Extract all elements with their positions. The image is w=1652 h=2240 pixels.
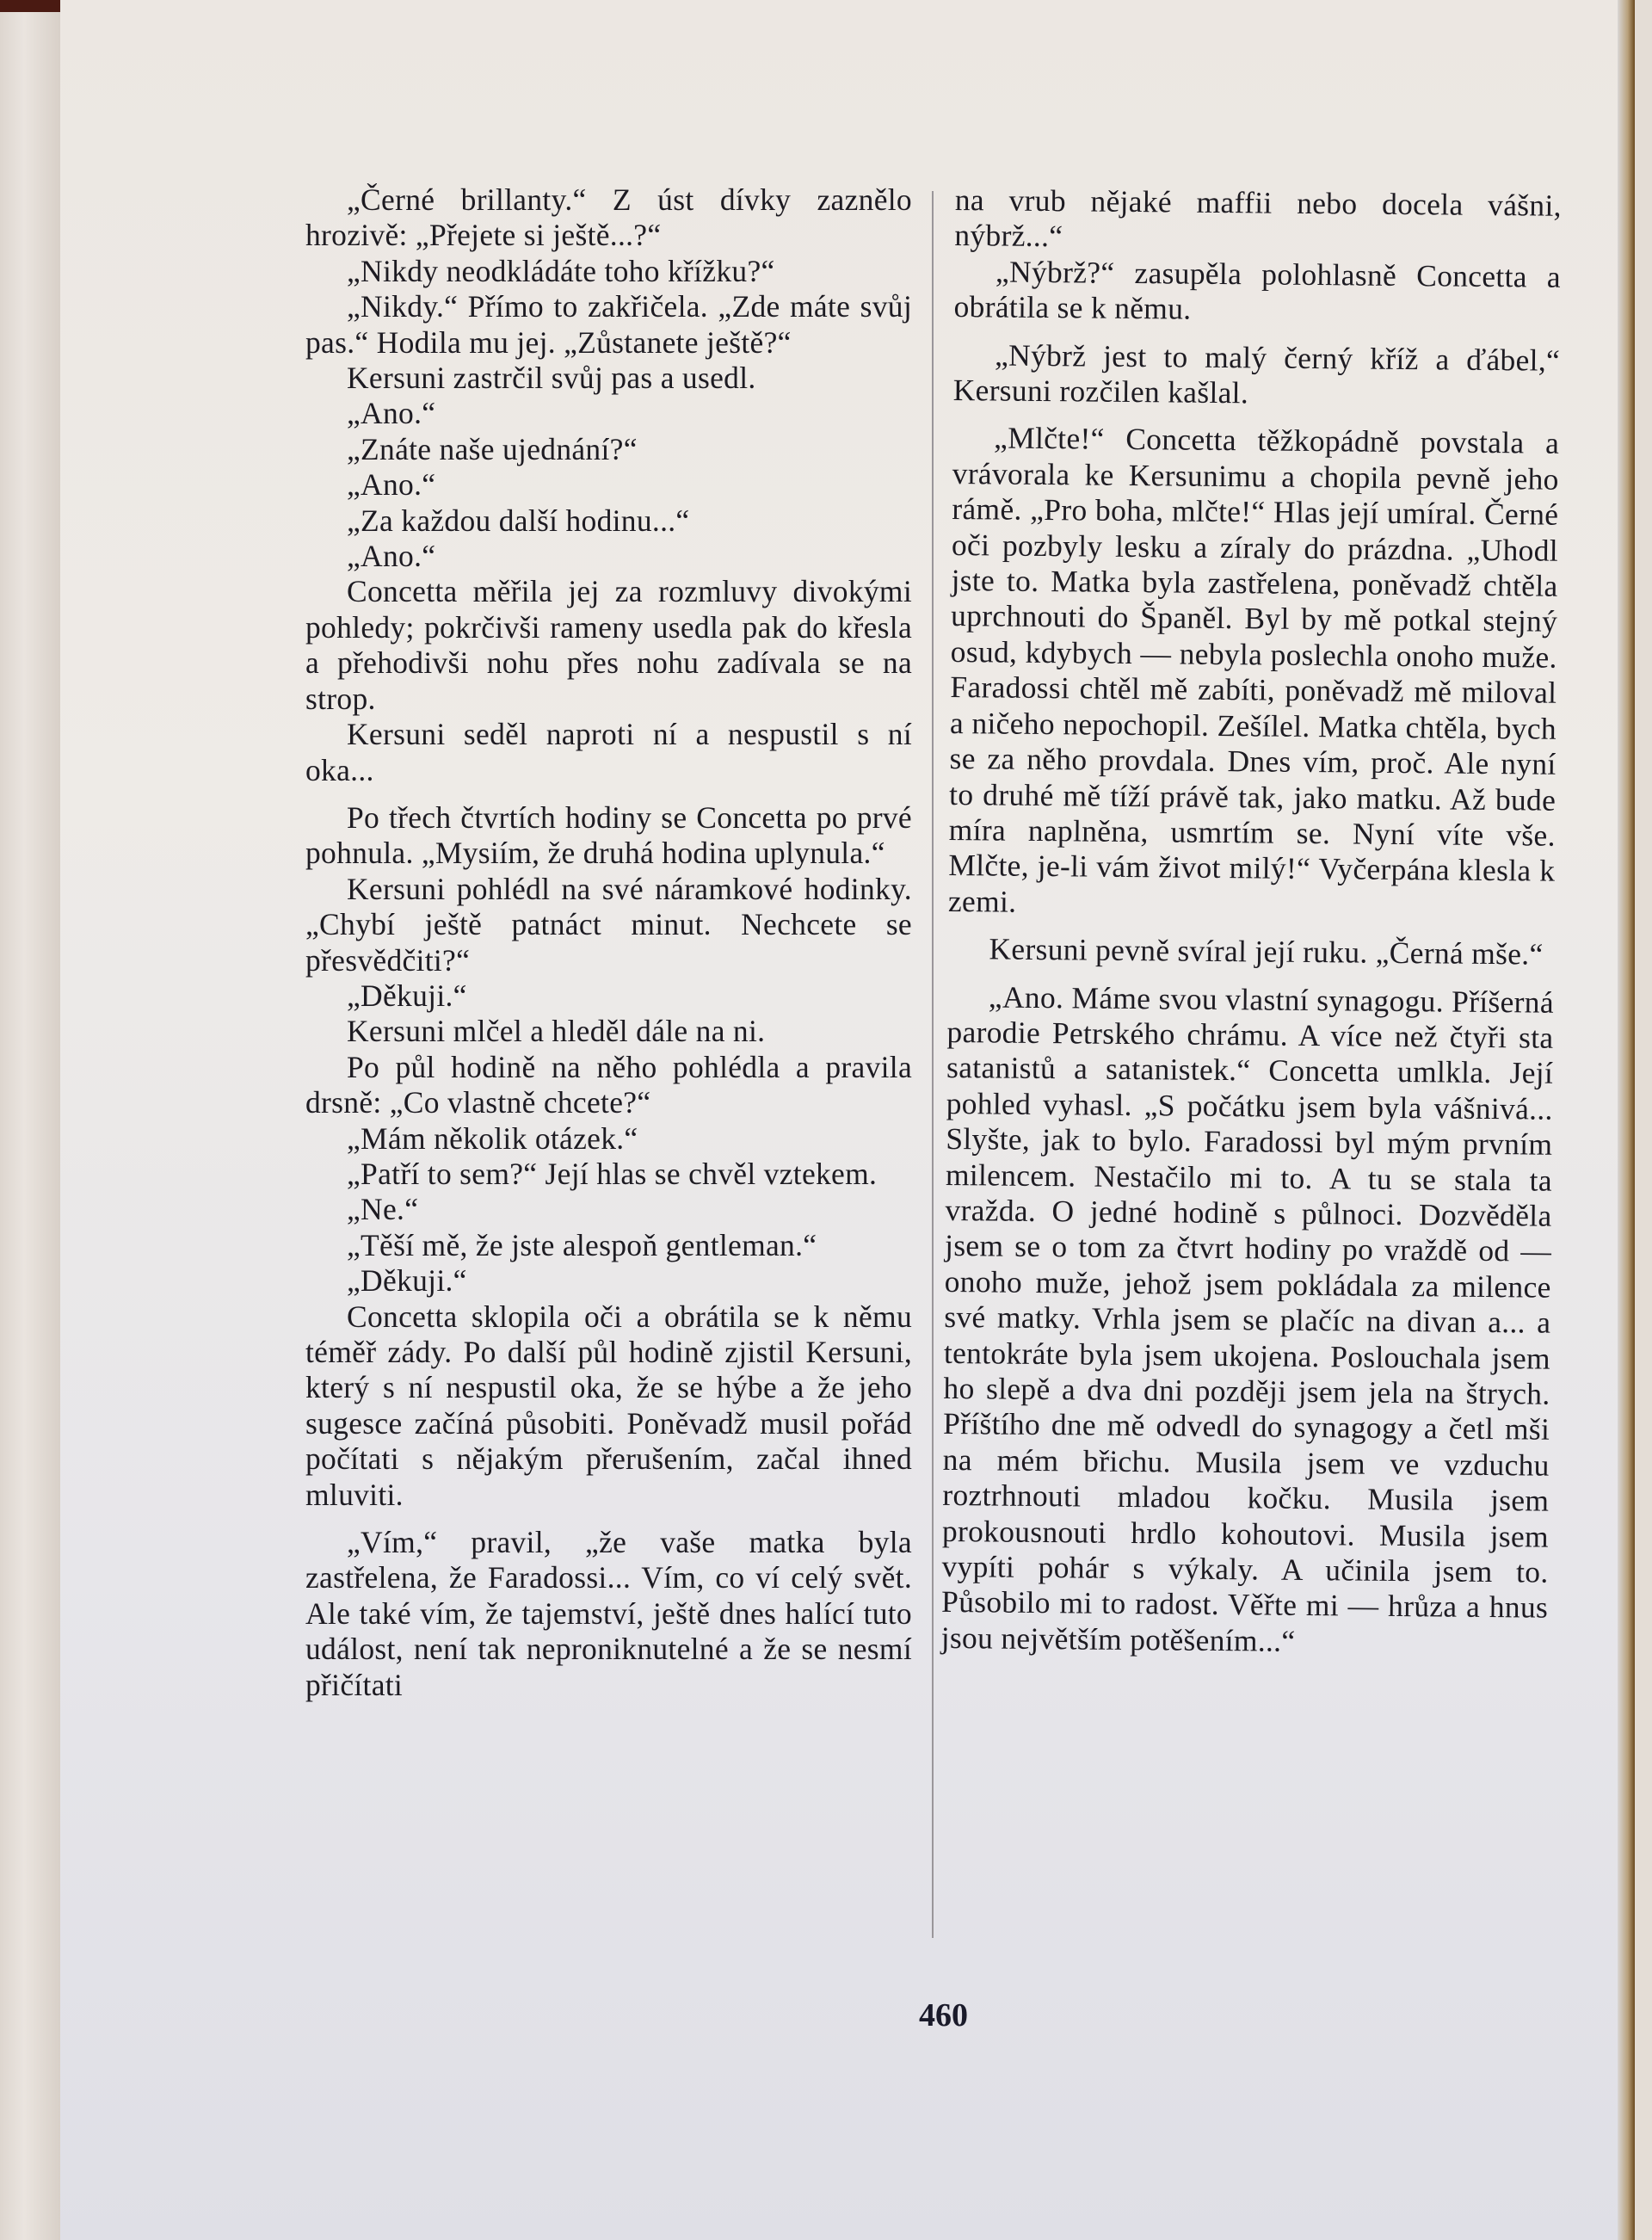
page-number: 460 xyxy=(919,1996,968,2034)
paragraph: „Znáte naše ujednání?“ xyxy=(305,432,912,467)
page-edge-shadow xyxy=(1618,0,1635,2240)
cover-corner xyxy=(0,0,60,12)
paragraph: „Mlčte!“ Concetta těžkopádně povstala a … xyxy=(948,420,1560,924)
paragraph: Concetta měřila jej za rozmluvy divokými… xyxy=(305,574,912,717)
right-text-column: na vrub nějaké maffii nebo docela vášni,… xyxy=(941,182,1562,1662)
paragraph: „Ano.“ xyxy=(305,539,912,574)
paragraph: „Vím,“ pravil, „že vaše matka byla zastř… xyxy=(305,1525,912,1703)
paragraph: „Ne.“ xyxy=(305,1192,912,1227)
paragraph: „Nikdy neodkládáte toho křížku?“ xyxy=(305,254,912,289)
column-divider xyxy=(932,191,934,1938)
book-cover-edge xyxy=(0,0,60,2240)
paragraph: Kersuni mlčel a hleděl dále na ni. xyxy=(305,1014,912,1049)
paragraph: Po půl hodině na něho pohlédla a pravila… xyxy=(305,1050,912,1121)
paragraph: „Za každou další hodinu...“ xyxy=(305,503,912,539)
paragraph: Kersuni pevně svíral její ruku. „Černá m… xyxy=(947,931,1554,972)
paragraph: „Ano. Máme svou vlastní synagogu. Příšer… xyxy=(941,978,1555,1661)
paragraph: „Nýbrž jest to malý černý kříž a ďábel,“… xyxy=(952,337,1560,415)
paragraph: Kersuni seděl naproti ní a nespustil s n… xyxy=(305,717,912,788)
paragraph: Kersuni zastrčil svůj pas a usedl. xyxy=(305,361,912,396)
paragraph: „Nýbrž?“ zasupěla polohlasně Concetta a … xyxy=(953,254,1561,331)
paragraph: „Děkuji.“ xyxy=(305,1263,912,1299)
paragraph: „Mám několik otázek.“ xyxy=(305,1121,912,1157)
left-text-column: „Černé brillanty.“ Z úst dívky zaznělo h… xyxy=(305,182,912,1703)
paragraph: „Těší mě, že jste alespoň gentleman.“ xyxy=(305,1228,912,1263)
paragraph: „Patří to sem?“ Její hlas se chvěl vztek… xyxy=(305,1157,912,1192)
paragraph: Kersuni pohlédl na své náramkové hodinky… xyxy=(305,872,912,978)
paragraph: „Ano.“ xyxy=(305,396,912,431)
paragraph: Concetta sklopila oči a obrátila se k ně… xyxy=(305,1299,912,1513)
paragraph: „Děkuji.“ xyxy=(305,978,912,1014)
paragraph: „Nikdy.“ Přímo to zakřičela. „Zde máte s… xyxy=(305,289,912,361)
paragraph-continuation: na vrub nějaké maffii nebo docela vášni,… xyxy=(954,182,1562,260)
paragraph: „Ano.“ xyxy=(305,467,912,503)
paragraph: „Černé brillanty.“ Z úst dívky zaznělo h… xyxy=(305,182,912,254)
paragraph: Po třech čtvrtích hodiny se Concetta po … xyxy=(305,800,912,872)
